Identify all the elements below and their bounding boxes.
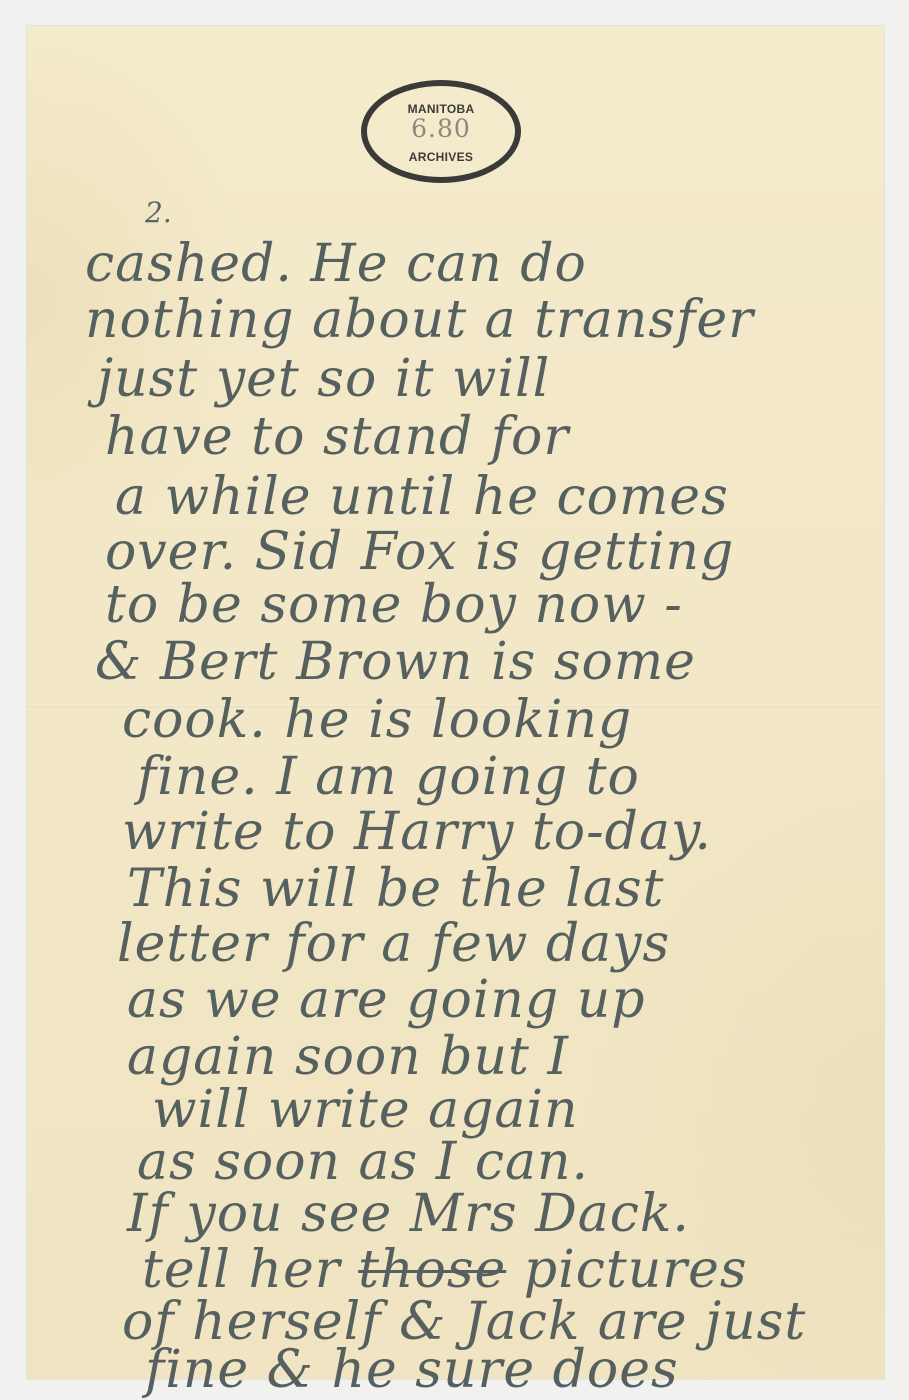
letter-body: cashed. He can do nothing about a transf… bbox=[27, 26, 884, 1379]
handwritten-line: have to stand for bbox=[105, 411, 569, 463]
handwritten-line: write to Harry to-day. bbox=[122, 806, 712, 858]
handwritten-line: a while until he comes bbox=[115, 471, 729, 523]
handwritten-line: letter for a few days bbox=[117, 918, 670, 970]
handwritten-line: If you see Mrs Dack. bbox=[127, 1188, 690, 1240]
handwritten-line: This will be the last bbox=[127, 863, 664, 915]
handwritten-line: to be some boy now - bbox=[105, 579, 683, 631]
handwritten-line: will write again bbox=[152, 1084, 579, 1136]
handwritten-line: fine & he sure does bbox=[145, 1344, 679, 1396]
handwritten-line: cashed. He can do bbox=[85, 238, 587, 290]
handwritten-line: nothing about a transfer bbox=[85, 294, 754, 346]
handwritten-line: fine. I am going to bbox=[137, 751, 640, 803]
handwritten-line: over. Sid Fox is getting bbox=[105, 526, 734, 578]
handwritten-line: again soon but I bbox=[127, 1031, 569, 1083]
handwritten-line: as soon as I can. bbox=[137, 1136, 589, 1188]
handwritten-line: cook. he is looking bbox=[122, 694, 632, 746]
handwritten-line-with-strikethrough: tell her those pictures bbox=[142, 1244, 748, 1296]
handwritten-line: & Bert Brown is some bbox=[95, 636, 696, 688]
letter-page: MANITOBA 6.80 ARCHIVES 2. cashed. He can… bbox=[27, 26, 884, 1379]
handwritten-line: as we are going up bbox=[127, 974, 646, 1026]
line-text-after: pictures bbox=[506, 1240, 747, 1300]
line-text-before: tell her bbox=[142, 1240, 358, 1300]
struck-out-word: those bbox=[358, 1240, 506, 1300]
handwritten-line: just yet so it will bbox=[97, 353, 550, 405]
